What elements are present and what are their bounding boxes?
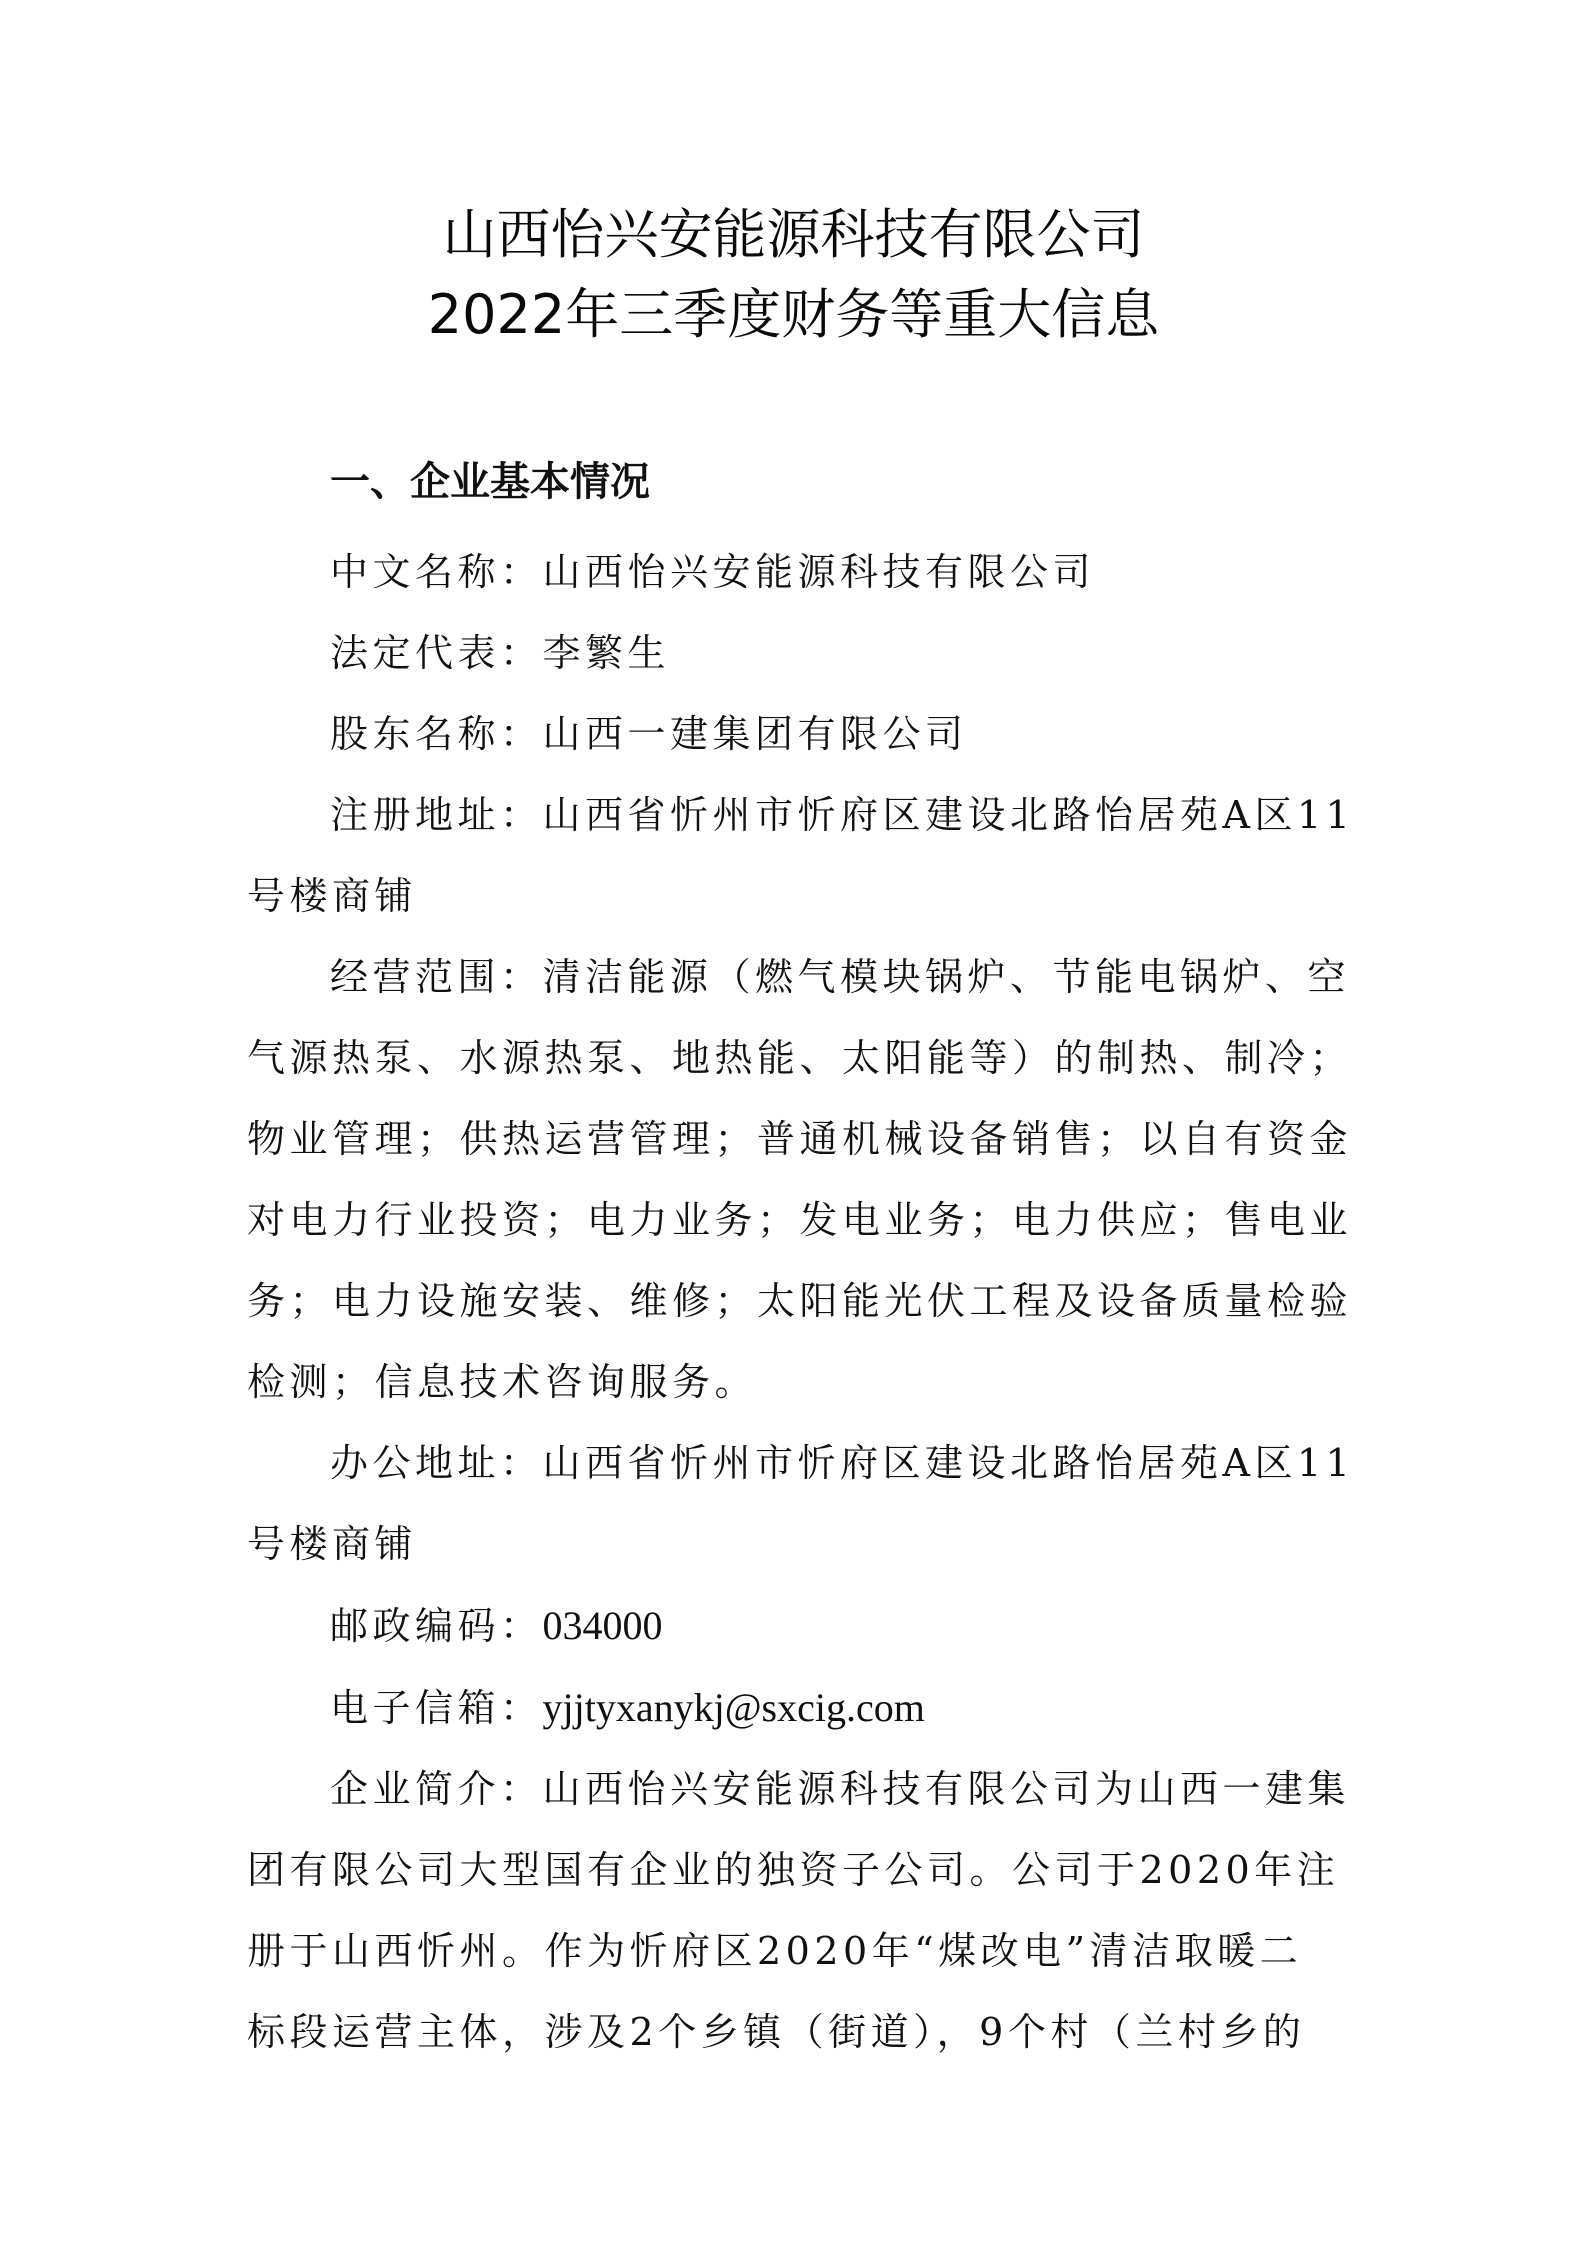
field-value: 山西省忻州市忻府区建设北路怡居苑A区11 [543,793,1355,837]
field-value: 山西怡兴安能源科技有限公司为山西一建集 [543,1767,1351,1811]
field-label: 企业简介： [330,1767,543,1811]
field-line: 经营范围：清洁能源（燃气模块锅炉、节能电锅炉、空 [247,937,1357,1018]
document-title: 山西怡兴安能源科技有限公司 2022年三季度财务等重大信息 [0,195,1587,355]
document-page: 山西怡兴安能源科技有限公司 2022年三季度财务等重大信息 一、企业基本情况 中… [0,0,1587,2245]
field-line: 办公地址：山西省忻州市忻府区建设北路怡居苑A区11 [247,1423,1357,1504]
field-label: 中文名称： [330,550,543,594]
field-label: 注册地址： [330,793,543,837]
title-line-report: 2022年三季度财务等重大信息 [0,275,1587,355]
title-line-company: 山西怡兴安能源科技有限公司 [0,195,1587,275]
field-value: 山西省忻州市忻府区建设北路怡居苑A区11 [543,1441,1355,1485]
field-line: 标段运营主体，涉及2个乡镇（街道），9个村（兰村乡的 [247,1992,1357,2073]
field-legal-representative: 法定代表：李繁生 [247,613,1357,694]
document-body: 一、企业基本情况 中文名称：山西怡兴安能源科技有限公司 法定代表：李繁生 股东名… [247,452,1357,2073]
field-postal-code: 邮政编码：034000 [247,1585,1357,1667]
field-value: 034000 [543,1603,663,1648]
field-label: 股东名称： [330,712,543,756]
field-line: 号楼商铺 [247,1504,1357,1585]
field-value: 清洁能源（燃气模块锅炉、节能电锅炉、空 [543,955,1351,999]
field-office-address: 办公地址：山西省忻州市忻府区建设北路怡居苑A区11 号楼商铺 [247,1423,1357,1585]
field-line: 册于山西忻州。作为忻府区2020年“煤改电”清洁取暖二 [247,1911,1357,1992]
field-label: 邮政编码： [330,1604,543,1648]
email-link[interactable]: yjjtyxanykj@sxcig.com [543,1685,925,1730]
field-value: 山西一建集团有限公司 [543,712,968,756]
field-value: 李繁生 [543,631,671,675]
field-label: 经营范围： [330,955,543,999]
field-line: 检测；信息技术咨询服务。 [247,1342,1357,1423]
section-heading-basic-info: 一、企业基本情况 [247,452,1357,512]
field-line: 务；电力设施安装、维修；太阳能光伏工程及设备质量检验 [247,1261,1357,1342]
field-line: 企业简介：山西怡兴安能源科技有限公司为山西一建集 [247,1749,1357,1830]
field-line: 物业管理；供热运营管理；普通机械设备销售；以自有资金 [247,1099,1357,1180]
field-company-profile: 企业简介：山西怡兴安能源科技有限公司为山西一建集 团有限公司大型国有企业的独资子… [247,1749,1357,2073]
field-line: 号楼商铺 [247,856,1357,937]
field-line: 注册地址：山西省忻州市忻府区建设北路怡居苑A区11 [247,775,1357,856]
field-label: 电子信箱： [330,1686,543,1730]
field-value: 山西怡兴安能源科技有限公司 [543,550,1096,594]
field-label: 法定代表： [330,631,543,675]
field-shareholder: 股东名称：山西一建集团有限公司 [247,694,1357,775]
field-line: 团有限公司大型国有企业的独资子公司。公司于2020年注 [247,1830,1357,1911]
field-chinese-name: 中文名称：山西怡兴安能源科技有限公司 [247,532,1357,613]
field-business-scope: 经营范围：清洁能源（燃气模块锅炉、节能电锅炉、空 气源热泵、水源热泵、地热能、太… [247,937,1357,1423]
field-registered-address: 注册地址：山西省忻州市忻府区建设北路怡居苑A区11 号楼商铺 [247,775,1357,937]
field-email: 电子信箱：yjjtyxanykj@sxcig.com [247,1667,1357,1749]
field-label: 办公地址： [330,1441,543,1485]
field-line: 气源热泵、水源热泵、地热能、太阳能等）的制热、制冷； [247,1018,1357,1099]
field-line: 对电力行业投资；电力业务；发电业务；电力供应；售电业 [247,1180,1357,1261]
